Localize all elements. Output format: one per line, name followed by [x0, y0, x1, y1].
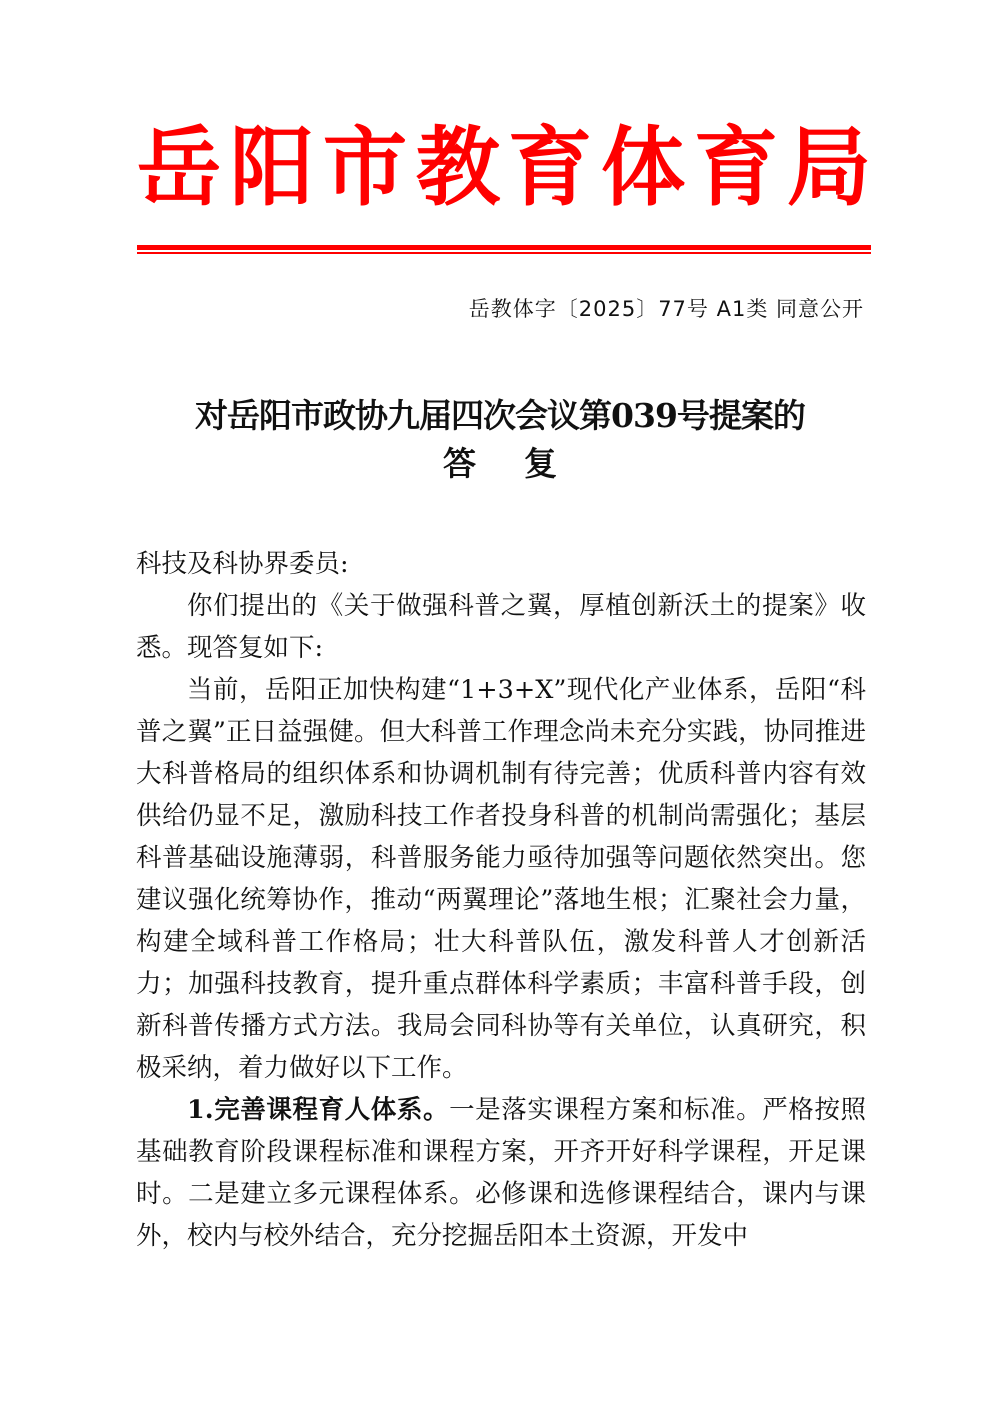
red-divider-thick	[137, 245, 871, 250]
document-title-line1: 对岳阳市政协九届四次会议第039号提案的	[0, 390, 1000, 437]
paragraph: 当前，岳阳正加快构建“1+3+X”现代化产业体系，岳阳“科普之翼”正日益强健。但…	[136, 669, 866, 1089]
paragraph: 你们提出的《关于做强科普之翼，厚植创新沃土的提案》收悉。现答复如下:	[136, 585, 866, 669]
document-title-line2: 答复	[0, 438, 1000, 485]
red-divider-thin	[137, 252, 871, 254]
masthead-char: 岳	[137, 118, 221, 218]
masthead-char: 教	[415, 118, 499, 218]
masthead-char: 局	[787, 118, 871, 218]
document-body: 科技及科协界委员: 你们提出的《关于做强科普之翼，厚植创新沃土的提案》收悉。现答…	[136, 543, 866, 1257]
document-number: 岳教体字〔2025〕77号 A1类 同意公开	[469, 293, 864, 323]
masthead-char: 育	[508, 118, 592, 218]
section-heading: 1.完善课程育人体系。	[187, 1095, 449, 1125]
masthead-title: 岳 阳 市 教 育 体 育 局	[136, 118, 872, 218]
paragraph: 1.完善课程育人体系。一是落实课程方案和标准。严格按照基础教育阶段课程标准和课程…	[136, 1089, 866, 1257]
document-page: 岳 阳 市 教 育 体 育 局 岳教体字〔2025〕77号 A1类 同意公开 对…	[0, 0, 1000, 1414]
masthead-char: 育	[694, 118, 778, 218]
masthead-char: 阳	[230, 118, 314, 218]
masthead-char: 市	[323, 118, 407, 218]
salutation: 科技及科协界委员:	[136, 543, 866, 585]
masthead-char: 体	[601, 118, 685, 218]
